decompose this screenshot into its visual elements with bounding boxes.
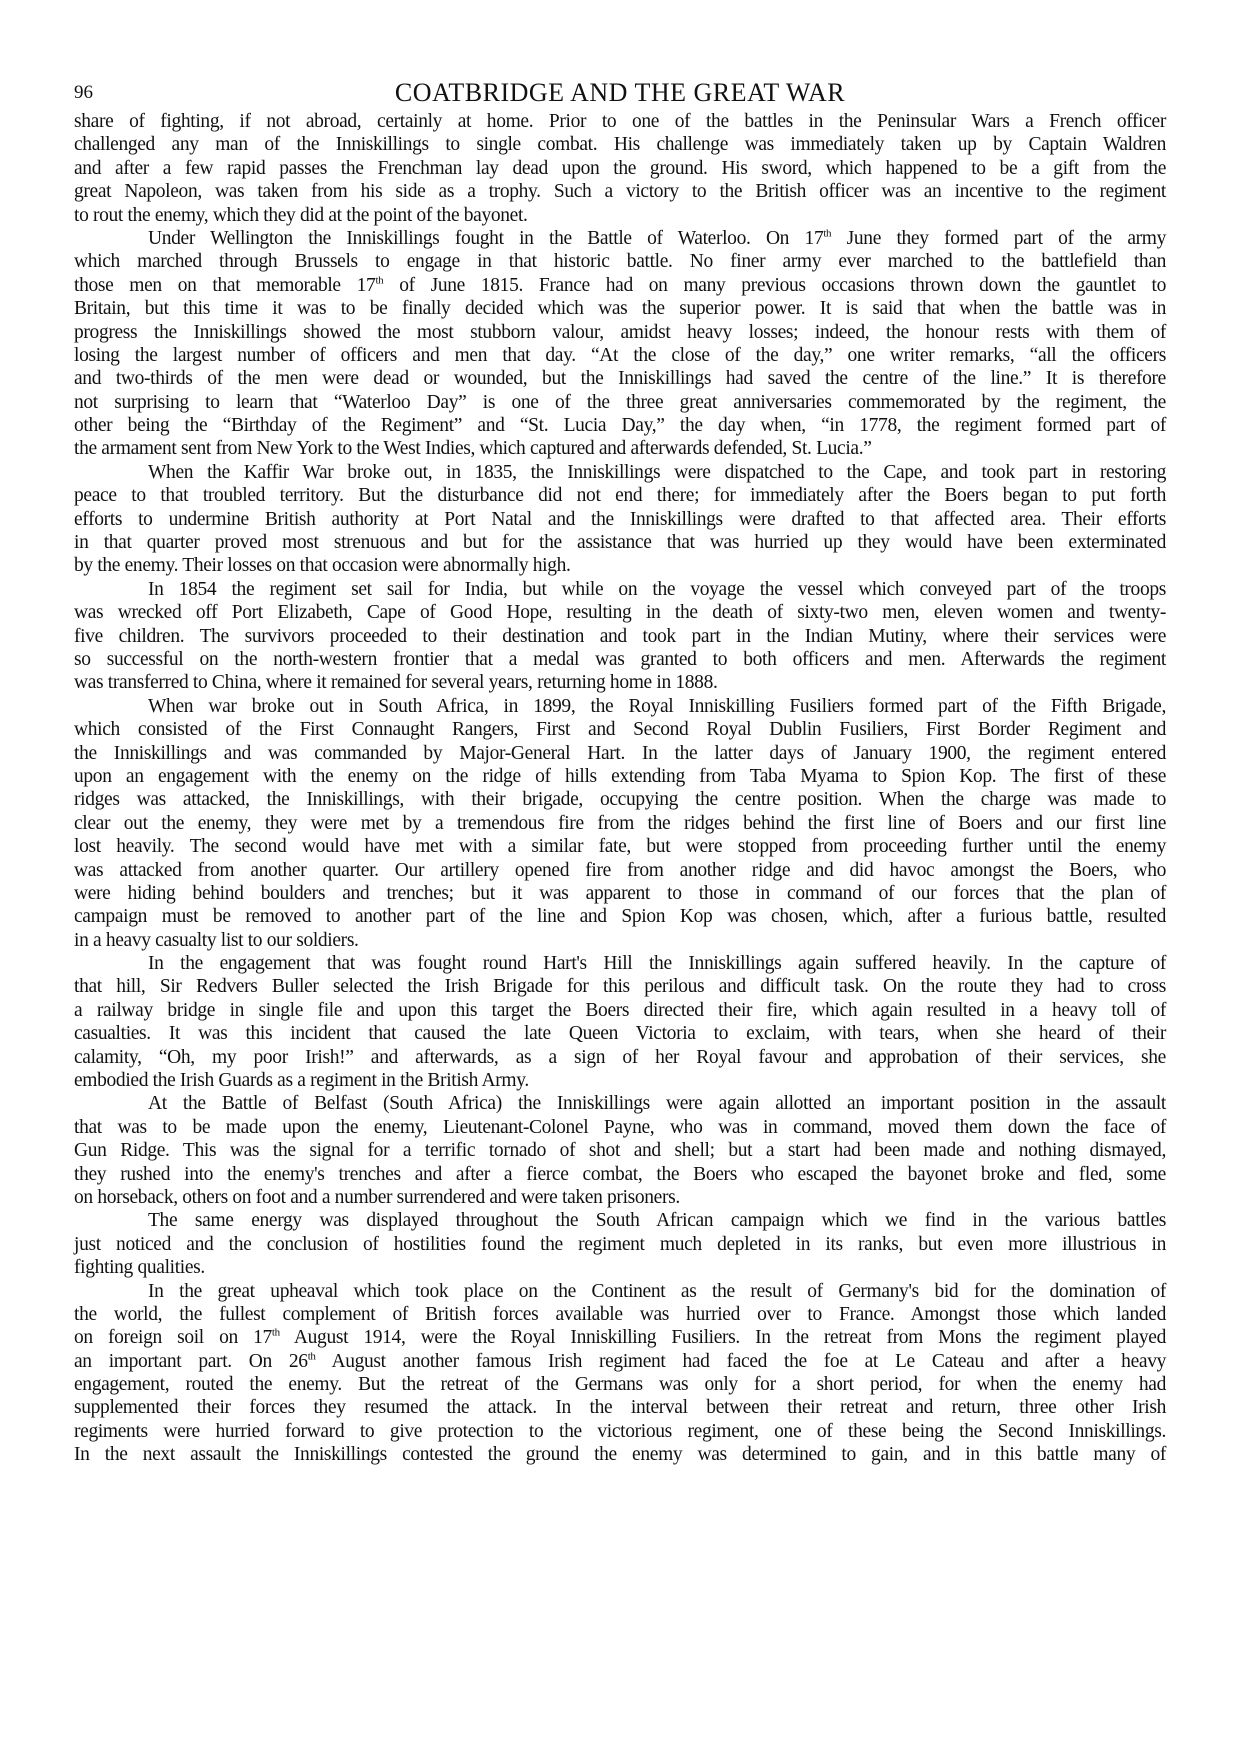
text-line: Under Wellington the Inniskillings fough… <box>74 227 1166 250</box>
paragraph: When war broke out in South Africa, in 1… <box>74 695 1166 952</box>
text-line: which marched through Brussels to engage… <box>74 250 1166 273</box>
text-line: embodied the Irish Guards as a regiment … <box>74 1069 1166 1092</box>
running-title: COATBRIDGE AND THE GREAT WAR <box>74 78 1166 108</box>
text-line: that hill, Sir Redvers Buller selected t… <box>74 975 1166 998</box>
text-line: upon an engagement with the enemy on the… <box>74 765 1166 788</box>
text-line: in a heavy casualty list to our soldiers… <box>74 929 1166 952</box>
paragraph: Under Wellington the Inniskillings fough… <box>74 227 1166 461</box>
text-line: In 1854 the regiment set sail for India,… <box>74 578 1166 601</box>
text-line: was transferred to China, where it remai… <box>74 671 1166 694</box>
text-line: by the enemy. Their losses on that occas… <box>74 554 1166 577</box>
text-line: supplemented their forces they resumed t… <box>74 1396 1166 1419</box>
text-line: At the Battle of Belfast (South Africa) … <box>74 1092 1166 1115</box>
body-text: share of fighting, if not abroad, certai… <box>74 110 1166 1467</box>
text-line: casualties. It was this incident that ca… <box>74 1022 1166 1045</box>
text-line: peace to that troubled territory. But th… <box>74 484 1166 507</box>
text-line: to rout the enemy, which they did at the… <box>74 204 1166 227</box>
text-line: The same energy was displayed throughout… <box>74 1209 1166 1232</box>
text-line: five children. The survivors proceeded t… <box>74 625 1166 648</box>
text-line: and two-thirds of the men were dead or w… <box>74 367 1166 390</box>
paragraph: The same energy was displayed throughout… <box>74 1209 1166 1279</box>
text-line: calamity, “Oh, my poor Irish!” and after… <box>74 1046 1166 1069</box>
ordinal-superscript: th <box>823 227 831 239</box>
text-line: In the next assault the Inniskillings co… <box>74 1443 1166 1466</box>
paragraph: At the Battle of Belfast (South Africa) … <box>74 1092 1166 1209</box>
ordinal-superscript: th <box>308 1350 316 1362</box>
text-line: progress the Inniskillings showed the mo… <box>74 321 1166 344</box>
text-line: the world, the fullest complement of Bri… <box>74 1303 1166 1326</box>
paragraph: In the great upheaval which took place o… <box>74 1280 1166 1467</box>
text-line: so successful on the north-western front… <box>74 648 1166 671</box>
text-line: Britain, but this time it was to be fina… <box>74 297 1166 320</box>
text-line: and after a few rapid passes the Frenchm… <box>74 157 1166 180</box>
text-line: In the great upheaval which took place o… <box>74 1280 1166 1303</box>
text-line: those men on that memorable 17th of June… <box>74 274 1166 297</box>
ordinal-superscript: th <box>375 274 383 286</box>
text-line: which consisted of the First Connaught R… <box>74 718 1166 741</box>
text-line: just noticed and the conclusion of hosti… <box>74 1233 1166 1256</box>
text-line: were hiding behind boulders and trenches… <box>74 882 1166 905</box>
text-line: ridges was attacked, the Inniskillings, … <box>74 788 1166 811</box>
text-line: engagement, routed the enemy. But the re… <box>74 1373 1166 1396</box>
text-line: not surprising to learn that “Waterloo D… <box>74 391 1166 414</box>
ordinal-superscript: th <box>272 1327 280 1339</box>
text-line: was wrecked off Port Elizabeth, Cape of … <box>74 601 1166 624</box>
text-line: an important part. On 26th August anothe… <box>74 1350 1166 1373</box>
paragraph: When the Kaffir War broke out, in 1835, … <box>74 461 1166 578</box>
text-line: challenged any man of the Inniskillings … <box>74 133 1166 156</box>
text-line: fighting qualities. <box>74 1256 1166 1279</box>
text-line: campaign must be removed to another part… <box>74 905 1166 928</box>
paragraph: share of fighting, if not abroad, certai… <box>74 110 1166 227</box>
page-header: 96 COATBRIDGE AND THE GREAT WAR <box>74 78 1166 108</box>
text-line: on foreign soil on 17th August 1914, wer… <box>74 1326 1166 1349</box>
text-line: on horseback, others on foot and a numbe… <box>74 1186 1166 1209</box>
paragraph: In 1854 the regiment set sail for India,… <box>74 578 1166 695</box>
paragraph: In the engagement that was fought round … <box>74 952 1166 1092</box>
text-line: in that quarter proved most strenuous an… <box>74 531 1166 554</box>
text-line: lost heavily. The second would have met … <box>74 835 1166 858</box>
text-line: they rushed into the enemy's trenches an… <box>74 1163 1166 1186</box>
text-line: regiments were hurried forward to give p… <box>74 1420 1166 1443</box>
text-line: the armament sent from New York to the W… <box>74 437 1166 460</box>
text-line: When the Kaffir War broke out, in 1835, … <box>74 461 1166 484</box>
text-line: Gun Ridge. This was the signal for a ter… <box>74 1139 1166 1162</box>
text-line: share of fighting, if not abroad, certai… <box>74 110 1166 133</box>
text-line: efforts to undermine British authority a… <box>74 508 1166 531</box>
text-line: other being the “Birthday of the Regimen… <box>74 414 1166 437</box>
text-line: losing the largest number of officers an… <box>74 344 1166 367</box>
text-line: clear out the enemy, they were met by a … <box>74 812 1166 835</box>
text-line: a railway bridge in single file and upon… <box>74 999 1166 1022</box>
text-line: When war broke out in South Africa, in 1… <box>74 695 1166 718</box>
text-line: that was to be made upon the enemy, Lieu… <box>74 1116 1166 1139</box>
text-line: was attacked from another quarter. Our a… <box>74 859 1166 882</box>
text-line: In the engagement that was fought round … <box>74 952 1166 975</box>
text-line: the Inniskillings and was commanded by M… <box>74 742 1166 765</box>
text-line: great Napoleon, was taken from his side … <box>74 180 1166 203</box>
